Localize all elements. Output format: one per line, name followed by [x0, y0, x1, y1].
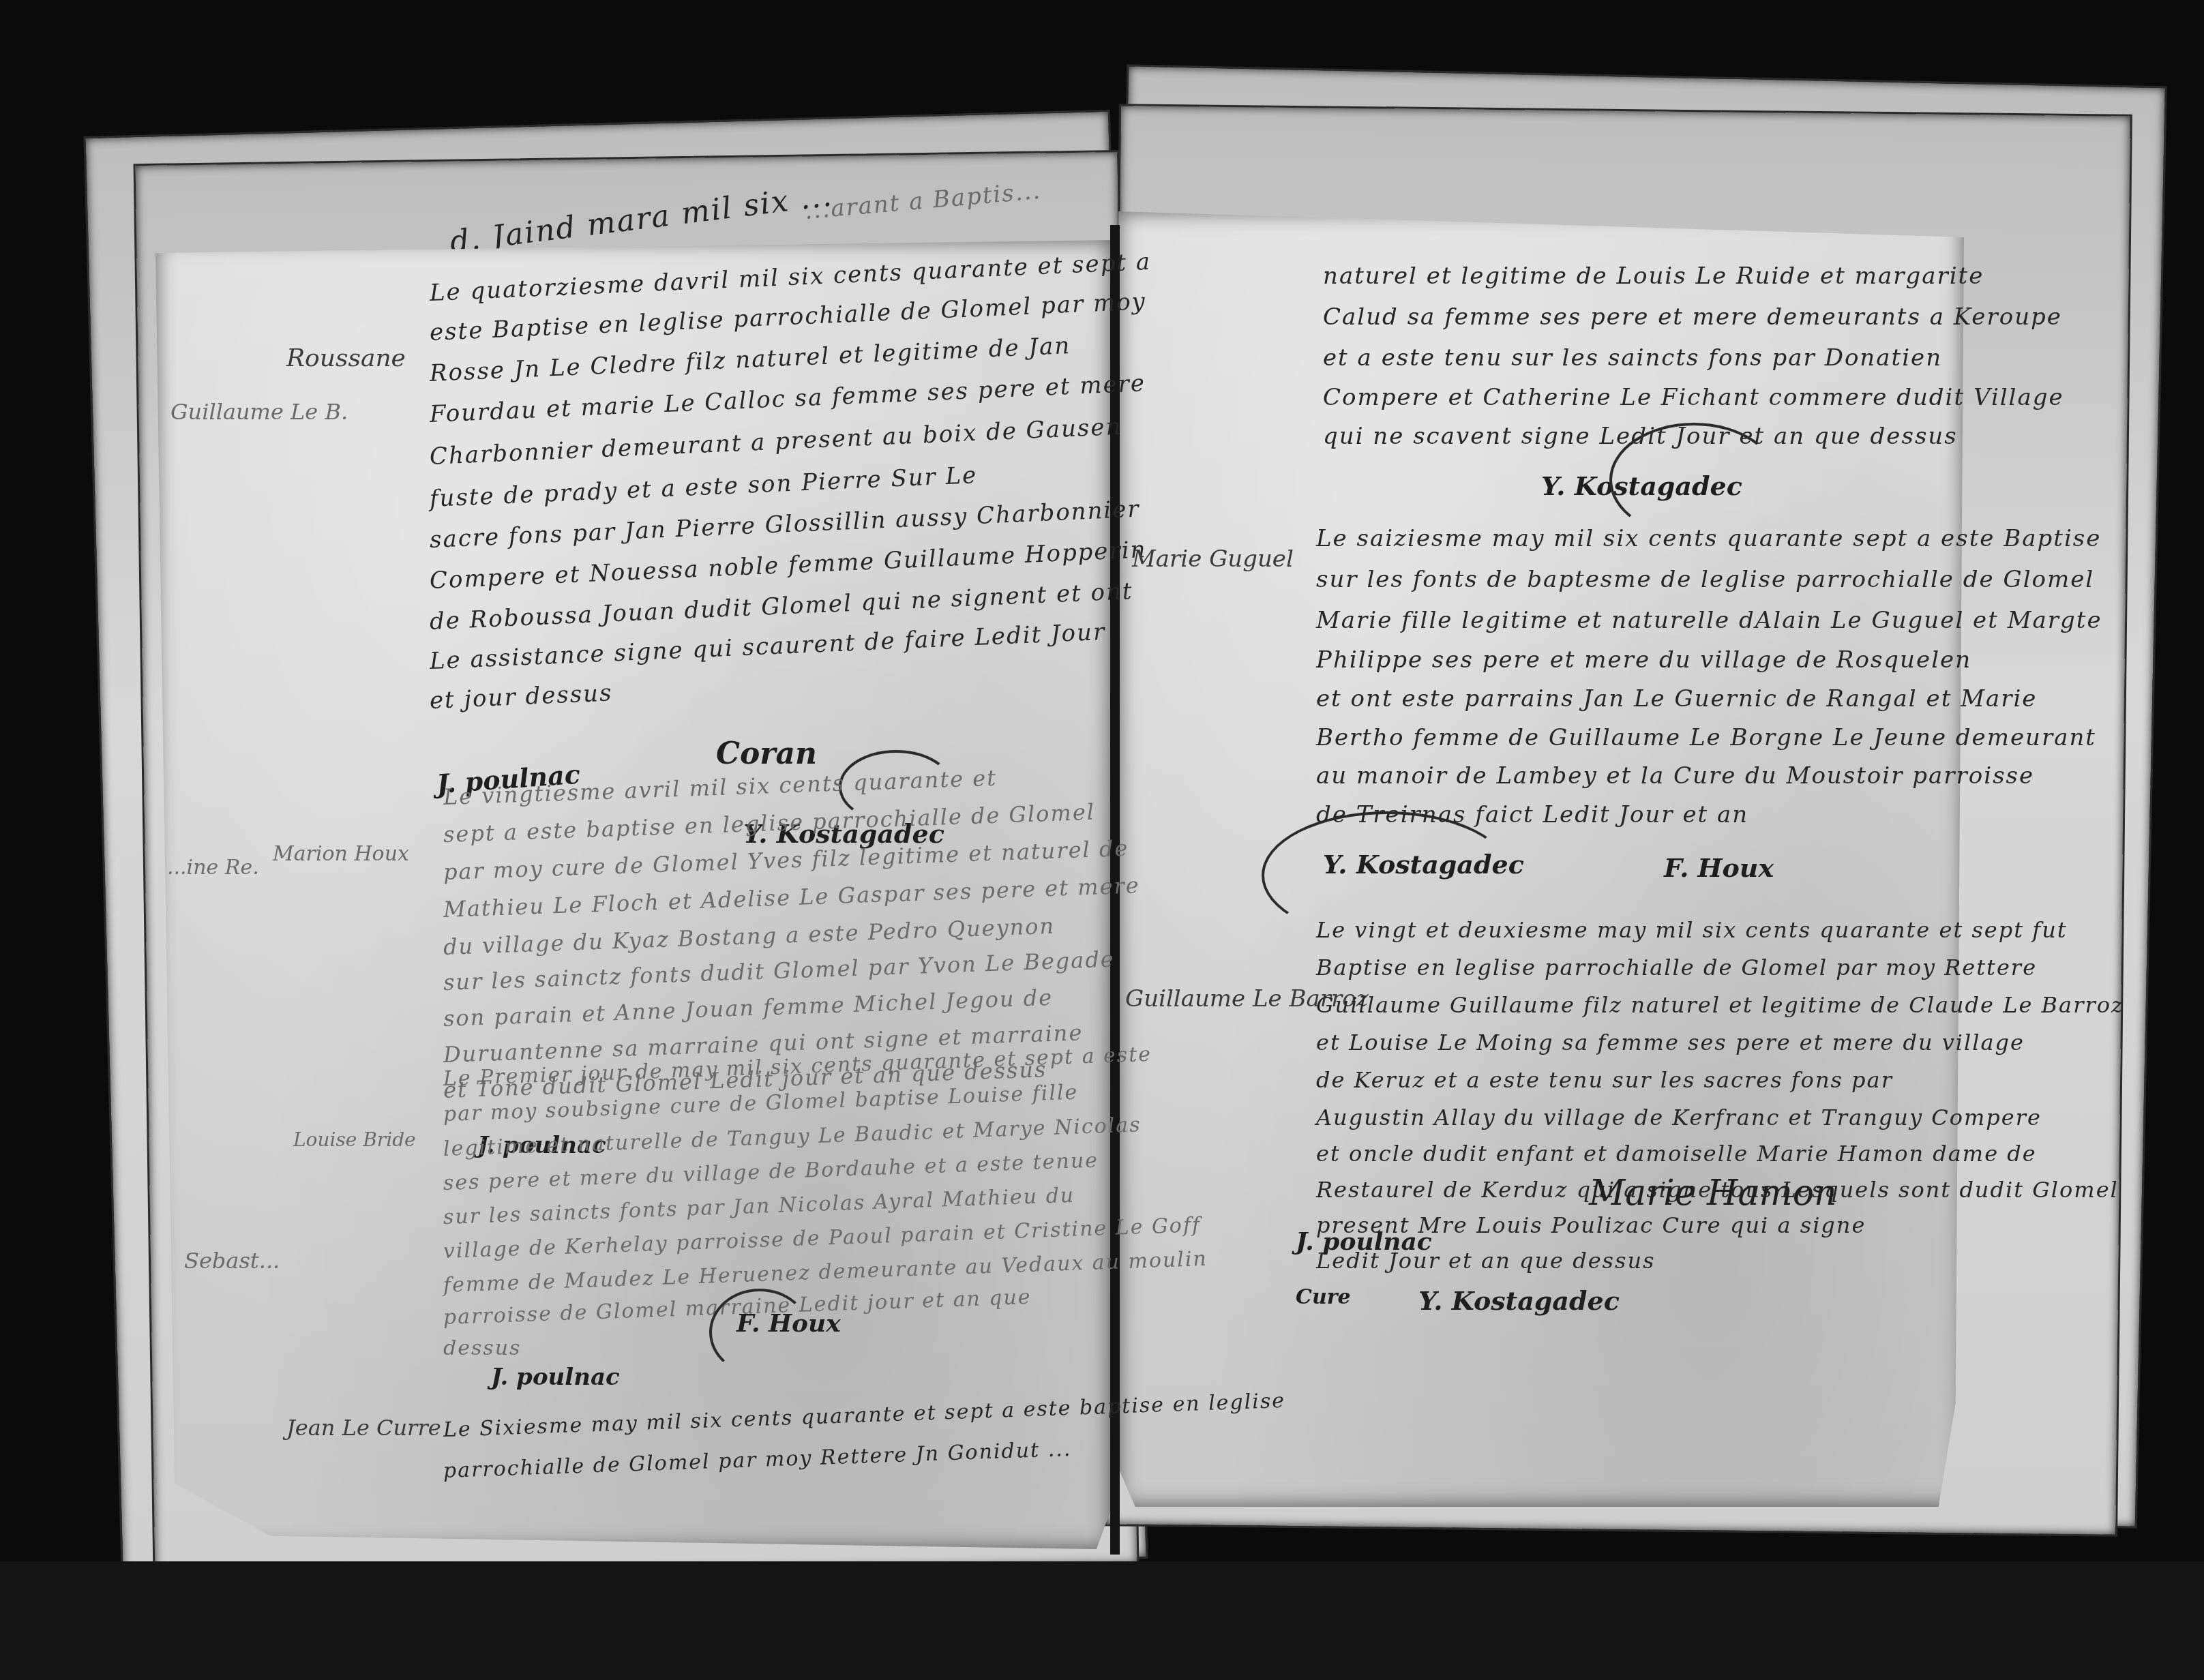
text-line: Marie fille legitime et naturelle dAlain…	[1316, 607, 2102, 634]
margin-note: Marion Houx	[273, 842, 409, 866]
text-line: et Louise Le Moing sa femme ses pere et …	[1316, 1030, 2025, 1055]
scanned-register-image: d. Jaind mara mil six ... ...arant a Bap…	[0, 0, 2204, 1680]
signature: Coran	[716, 736, 817, 771]
signature: Marie Hamon	[1589, 1173, 1837, 1214]
signature: Cure	[1296, 1285, 1351, 1309]
text-line: Guillaume Guillaume filz naturel et legi…	[1316, 992, 2124, 1018]
background-shadow-bottom	[0, 1561, 2204, 1680]
margin-note: Jean Le Curre	[286, 1415, 441, 1441]
margin-note: Louise Bride	[293, 1128, 416, 1151]
text-line: et oncle dudit enfant et damoiselle Mari…	[1316, 1141, 2037, 1167]
margin-note: Roussane	[286, 344, 406, 372]
text-line: sur les fonts de baptesme de leglise par…	[1316, 566, 2094, 593]
text-line: et a este tenu sur les saincts fons par …	[1323, 344, 1942, 372]
text-line: Augustin Allay du village de Kerfranc et…	[1316, 1105, 2042, 1130]
margin-note: ...ine Re.	[167, 856, 259, 880]
margin-note: Marie Guguel	[1132, 545, 1294, 573]
text-line: Le vingt et deuxiesme may mil six cents …	[1316, 917, 2068, 943]
text-line: au manoir de Lambey et la Cure du Mousto…	[1316, 762, 2034, 790]
signature: J. poulnac	[491, 1364, 620, 1391]
text-line: Le saiziesme may mil six cents quarante …	[1316, 525, 2101, 552]
text-line: et ont este parrains Jan Le Guernic de R…	[1316, 685, 2037, 712]
text-line: de Keruz et a este tenu sur les sacres f…	[1316, 1067, 1893, 1093]
margin-note: Sebast...	[184, 1248, 280, 1274]
text-line: Bertho femme de Guillaume Le Borgne Le J…	[1316, 724, 2096, 751]
text-line: dessus	[443, 1336, 521, 1360]
signature-flourish	[1609, 423, 1778, 537]
text-line: Calud sa femme ses pere et mere demeuran…	[1323, 303, 2062, 331]
signature-flourish	[709, 1289, 810, 1376]
text-line: Compere et Catherine Le Fichant commere …	[1323, 384, 2064, 411]
margin-note: Guillaume Le B.	[170, 399, 348, 425]
signature: J. poulnac	[1296, 1227, 1432, 1256]
signature: Y. Kostagadec	[1418, 1285, 1620, 1316]
text-line: naturel et legitime de Louis Le Ruide et…	[1323, 262, 1984, 290]
text-line: Baptise en leglise parrochialle de Glome…	[1316, 955, 2037, 980]
signature: F. Houx	[1664, 852, 1774, 883]
text-line: Philippe ses pere et mere du village de …	[1316, 646, 1971, 674]
